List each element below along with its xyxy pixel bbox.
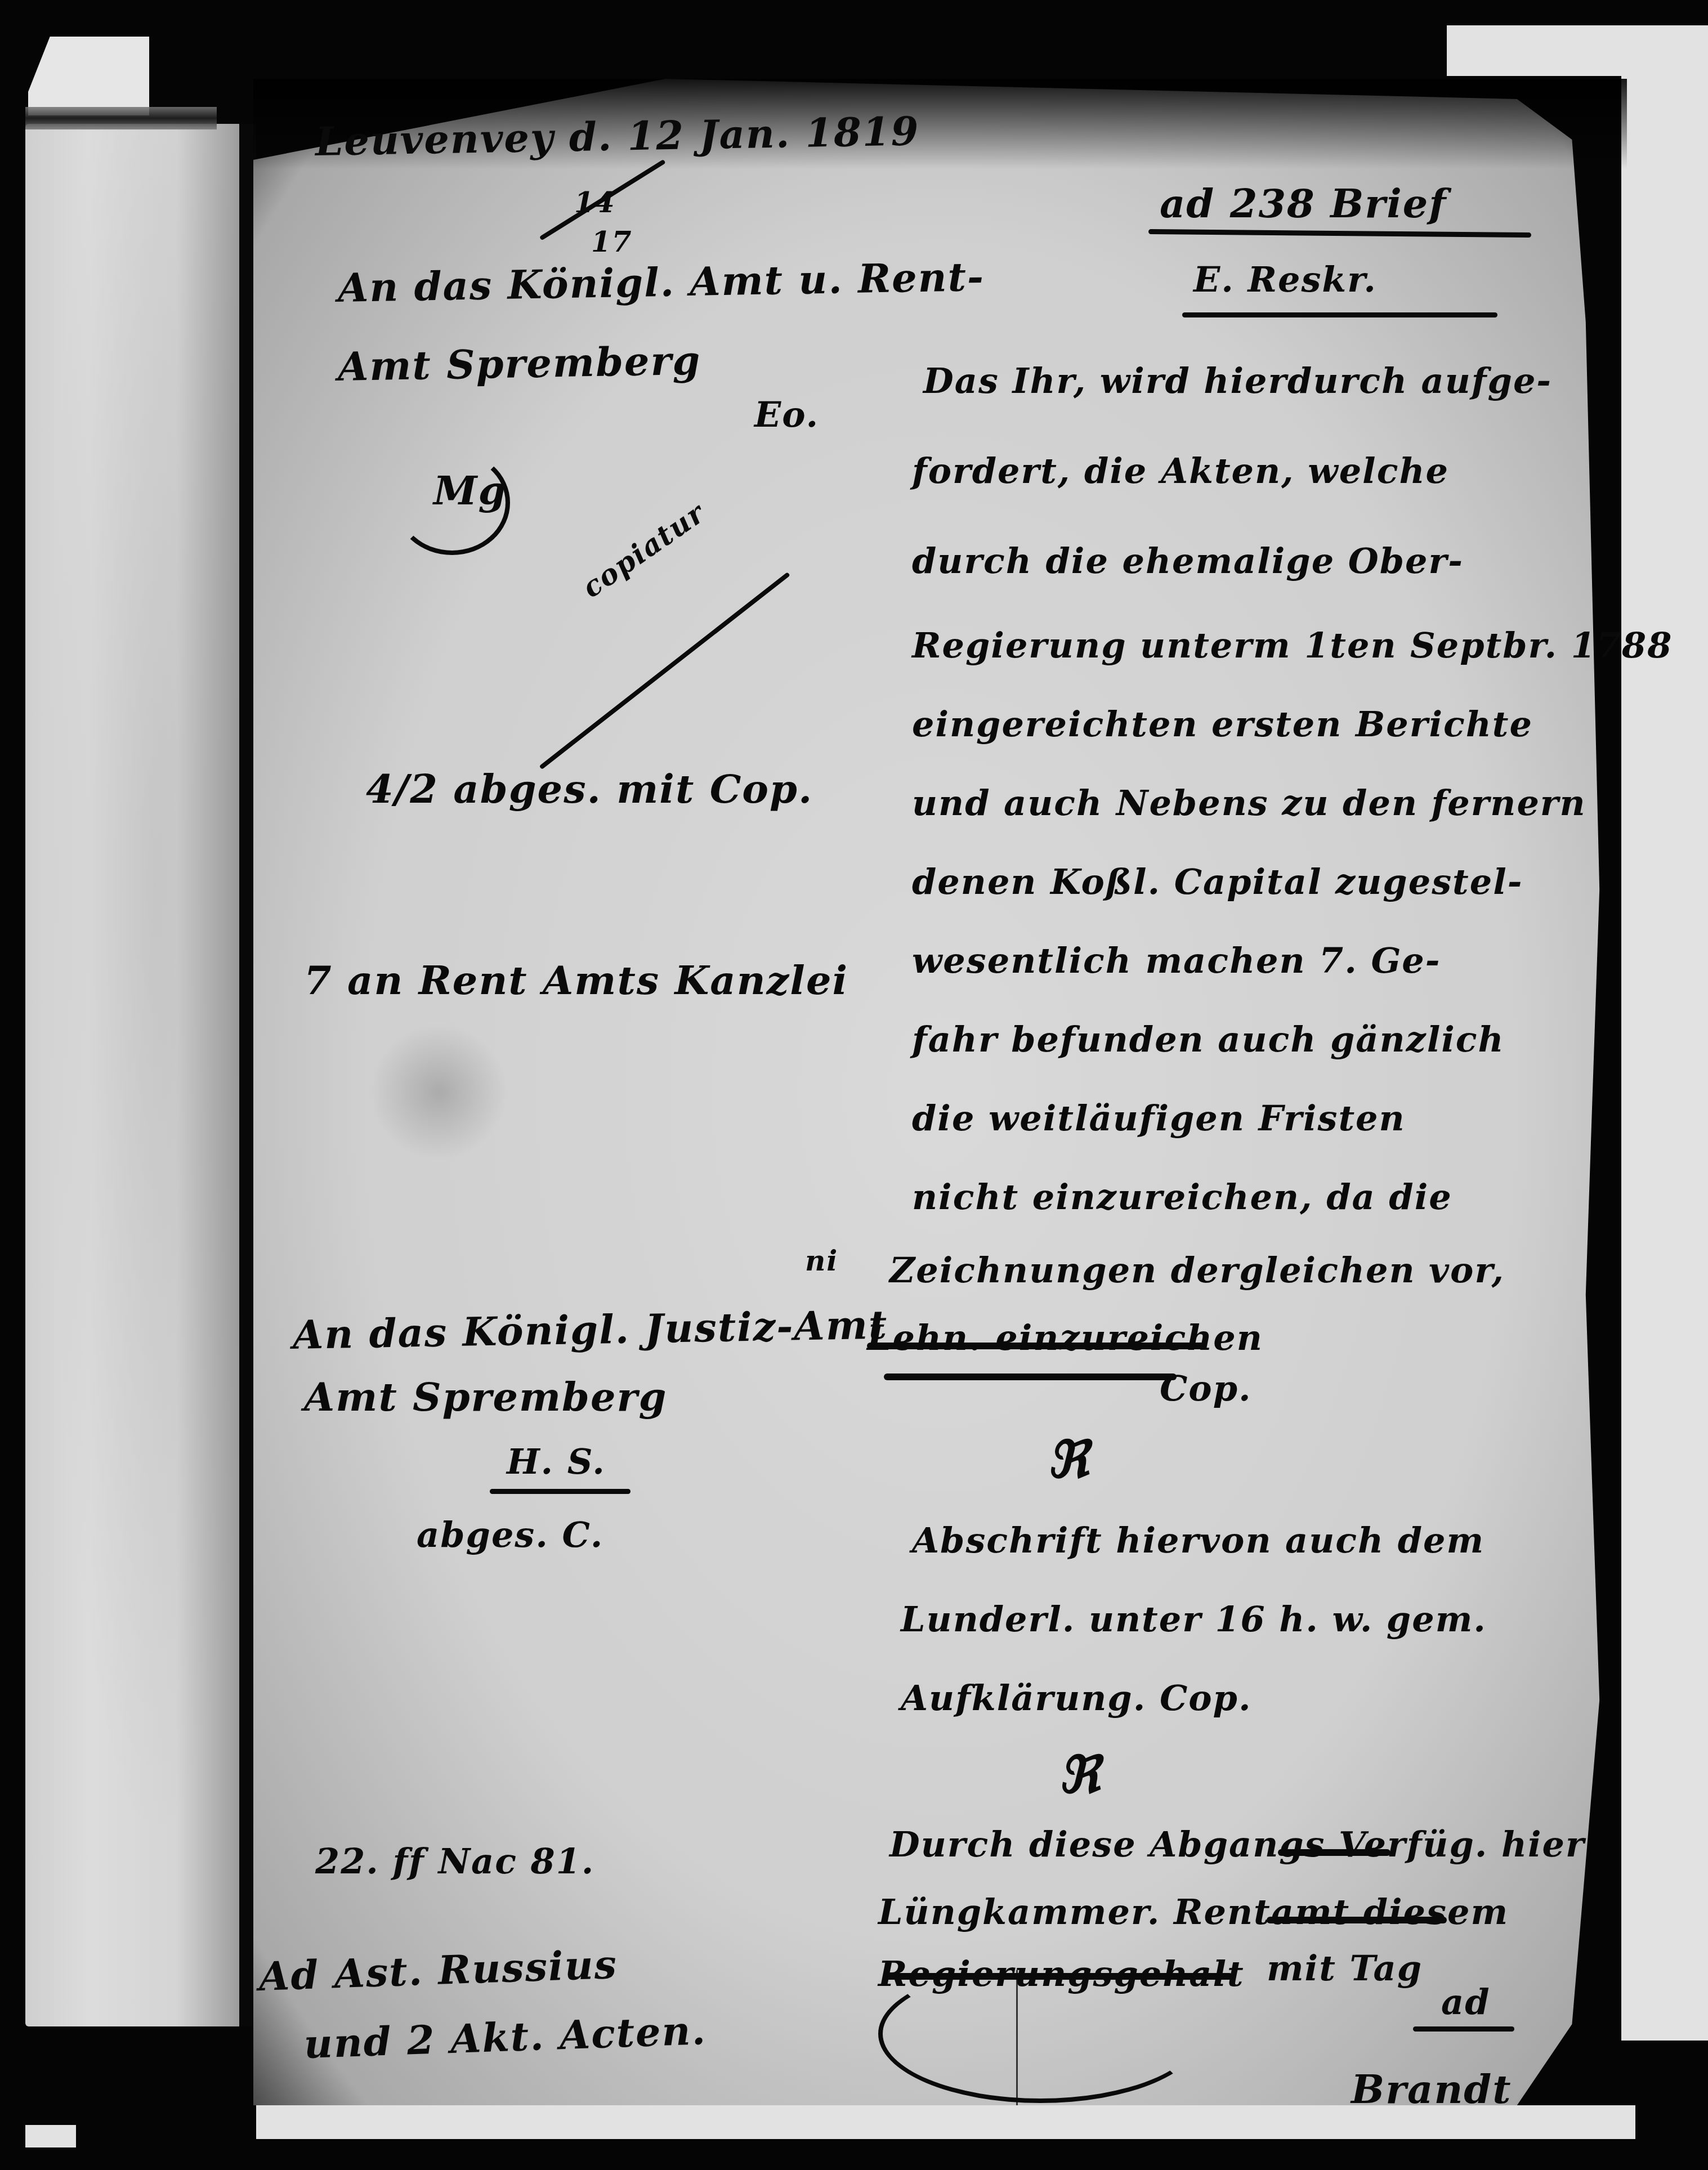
sign-mark: ad — [1441, 1981, 1491, 2023]
para2-line: Abschrift hiervon auch dem — [912, 1520, 1485, 1561]
body-line: eingereichten ersten Berichte — [912, 704, 1533, 745]
body-line: denen Koßl. Capital zugestel- — [912, 861, 1523, 902]
body-line: durch die ehemalige Ober- — [912, 540, 1464, 581]
strikethrough — [1267, 1917, 1447, 1923]
bottom-signature: Brandt — [1351, 2066, 1512, 2113]
address2-abbrev: abges. C. — [417, 1514, 603, 1555]
spine-cap — [28, 37, 149, 115]
body-line-struck: Lehn. einzureichen — [867, 1317, 1263, 1358]
reference-sub: E. Reskr. — [1193, 259, 1377, 300]
para2-line: Lunderl. unter 16 h. w. gem. — [901, 1599, 1487, 1640]
backing-sheet-corner — [25, 2125, 76, 2147]
address2-sign-underline — [490, 1489, 631, 1494]
body-line: Regierung unterm 1ten Septbr. 1788 — [912, 625, 1673, 666]
note-ni: ni — [805, 1244, 838, 1277]
sign-mark-underline — [1413, 2026, 1514, 2032]
body-line: Das Ihr, wird hierdurch aufge- — [923, 360, 1552, 401]
registry-line: 22. ff Nac 81. — [315, 1841, 594, 1882]
body-line: wesentlich machen 7. Ge- — [912, 940, 1441, 981]
bracket-flourish — [878, 1965, 1202, 2103]
para2-line: Aufklärung. Cop. — [901, 1677, 1252, 1719]
note-copy-sent: 4/2 abges. mit Cop. — [366, 766, 813, 812]
body-line: und auch Nebens zu den fernern — [912, 782, 1586, 824]
strikethrough — [867, 1343, 1205, 1349]
fraction-bottom: 17 — [591, 225, 633, 258]
body-line: Zeichnungen dergleichen vor, — [889, 1250, 1505, 1291]
reference-sub-underline — [1182, 312, 1497, 317]
body-line: fordert, die Akten, welche — [912, 450, 1449, 491]
spine-band — [25, 107, 217, 129]
strikethrough — [884, 1373, 1177, 1380]
reference-number: ad 238 Brief — [1160, 180, 1447, 227]
address-abbrev: Eo. — [754, 394, 819, 435]
section-mark: ℜ — [1047, 1430, 1088, 1489]
section-mark: ℜ — [1058, 1745, 1099, 1805]
binding-spine — [25, 124, 242, 2026]
backing-sheet-right — [1621, 25, 1708, 2041]
para3-line: mit Tag — [1267, 1948, 1423, 1989]
strikethrough — [1278, 1849, 1390, 1856]
address-line-2: Amt Spremberg — [337, 337, 701, 390]
address2-sign: H. S. — [507, 1441, 606, 1482]
body-line: nicht einzureichen, da die — [912, 1176, 1452, 1218]
address2-line-2: Amt Spremberg — [304, 1373, 667, 1420]
para3-line: Durch diese Abgangs Verfüg. hier — [889, 1824, 1585, 1865]
note-seven: 7 an Rent Amts Kanzlei — [304, 957, 848, 1004]
paraph-initials: Mg — [433, 467, 507, 514]
body-line: die weitläufigen Fristen — [912, 1098, 1406, 1139]
para3-line: Lüngkammer. Rentamt diesem — [878, 1891, 1509, 1932]
backing-sheet-top — [1447, 25, 1633, 76]
body-line-cop: Cop. — [1160, 1368, 1252, 1409]
body-line: fahr befunden auch gänzlich — [912, 1019, 1505, 1060]
